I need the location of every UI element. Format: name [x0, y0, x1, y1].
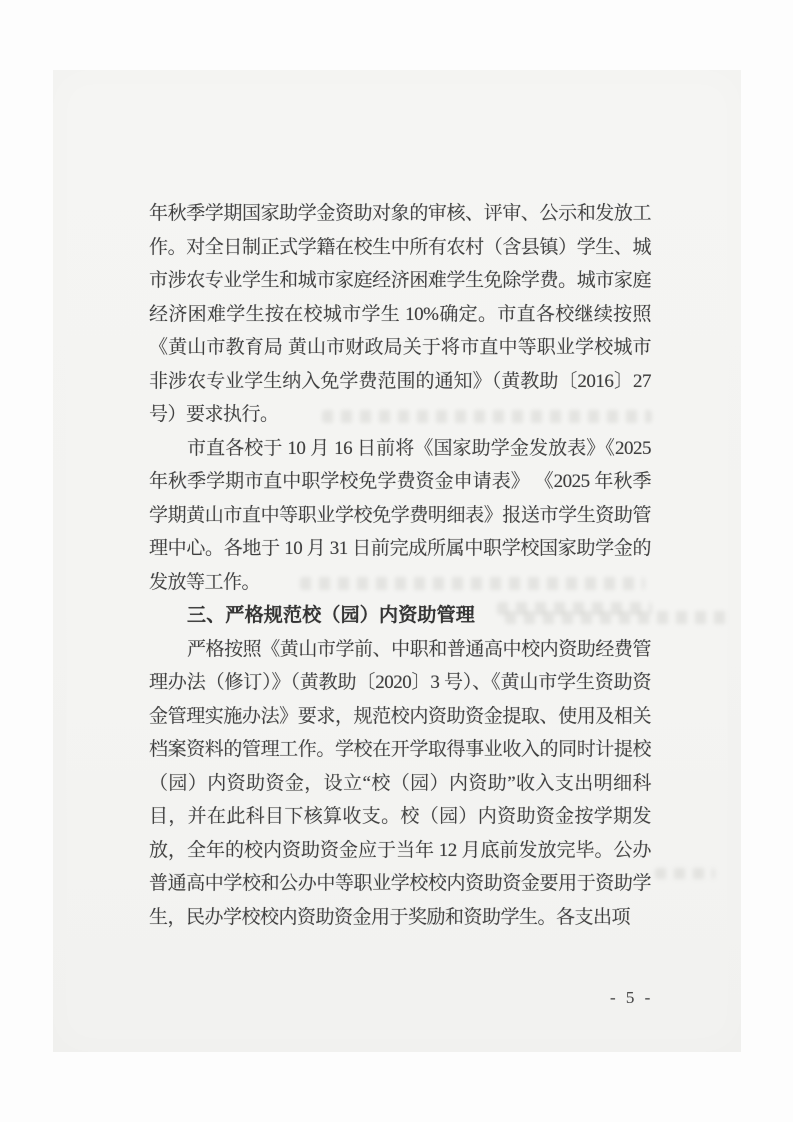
- show-through-artifact: [655, 868, 715, 879]
- show-through-artifact: [300, 577, 645, 590]
- page-number: - 5 -: [610, 988, 653, 1008]
- show-through-artifact: [322, 410, 652, 423]
- document-text-column: 年秋季学期国家助学金资助对象的审核、评审、公示和发放工作。对全日制正式学籍在校生…: [149, 197, 651, 934]
- paragraph-campus-aid-management: 严格按照《黄山市学前、中职和普通高中校内资助经费管理办法（修订）》（黄教助〔20…: [149, 633, 651, 935]
- paragraph-reporting-deadlines: 市直各校于 10 月 16 日前将《国家助学金发放表》《2025年秋季学期市直中…: [149, 432, 651, 600]
- scanner-background: { "document": { "type": "scanned-officia…: [0, 0, 793, 1122]
- paragraph-continued-from-previous-page: 年秋季学期国家助学金资助对象的审核、评审、公示和发放工作。对全日制正式学籍在校生…: [149, 197, 651, 432]
- scanned-document-page: 年秋季学期国家助学金资助对象的审核、评审、公示和发放工作。对全日制正式学籍在校生…: [53, 70, 741, 1052]
- show-through-artifact: [505, 611, 730, 624]
